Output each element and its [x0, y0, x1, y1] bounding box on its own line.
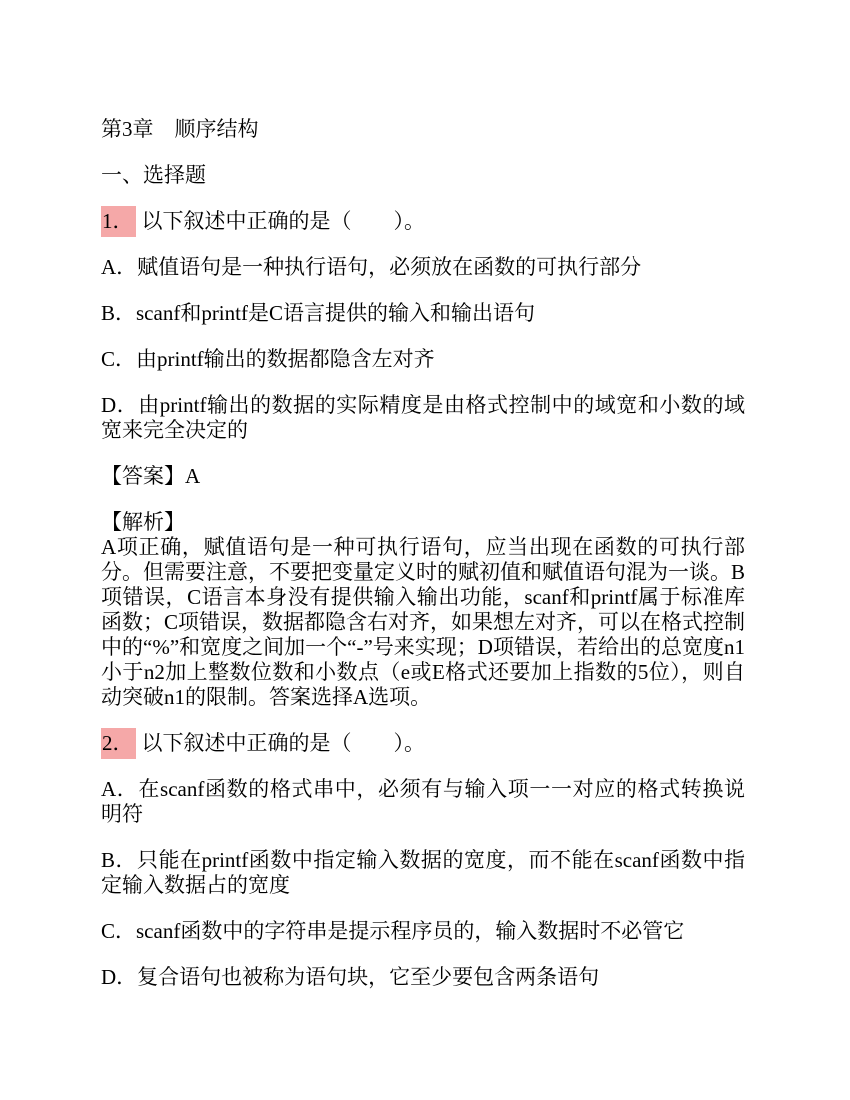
question-1-option-b: B．scanf和printf是C语言提供的输入和输出语句: [101, 301, 745, 326]
question-1-stem-text: 以下叙述中正确的是（ ）。: [142, 209, 426, 233]
question-2-stem: 2．以下叙述中正确的是（ ）。: [101, 731, 745, 756]
question-2-option-a: A．在scanf函数的格式串中，必须有与输入项一一对应的格式转换说明符: [101, 777, 745, 827]
question-2-stem-text: 以下叙述中正确的是（ ）。: [142, 731, 426, 755]
question-1-analysis-block: 【解析】 A项正确，赋值语句是一种可执行语句，应当出现在函数的可执行部分。但需要…: [101, 510, 745, 710]
section-title: 一、选择题: [101, 163, 745, 188]
analysis-text: A项正确，赋值语句是一种可执行语句，应当出现在函数的可执行部分。但需要注意，不要…: [101, 535, 745, 710]
analysis-label: 【解析】: [101, 510, 745, 535]
chapter-title: 第3章 顺序结构: [101, 117, 745, 142]
question-1-answer-line: 【答案】A: [101, 464, 745, 489]
question-2-option-b: B．只能在printf函数中指定输入数据的宽度，而不能在scanf函数中指定输入…: [101, 848, 745, 898]
question-2-option-c: C．scanf函数中的字符串是提示程序员的，输入数据时不必管它: [101, 919, 745, 944]
question-1-option-d: D．由printf输出的数据的实际精度是由格式控制中的域宽和小数的域宽来完全决定…: [101, 393, 745, 443]
question-1-number-highlight: 1．: [101, 206, 136, 237]
answer-value: A: [185, 464, 200, 488]
question-1-option-c: C．由printf输出的数据都隐含左对齐: [101, 347, 745, 372]
document-page: 第3章 顺序结构 一、选择题 1．以下叙述中正确的是（ ）。 A．赋值语句是一种…: [0, 0, 850, 1100]
answer-label: 【答案】: [101, 464, 185, 488]
question-1-option-a: A．赋值语句是一种执行语句，必须放在函数的可执行部分: [101, 255, 745, 280]
question-1-stem: 1．以下叙述中正确的是（ ）。: [101, 209, 745, 234]
question-2-number-highlight: 2．: [101, 728, 136, 759]
question-2-option-d: D．复合语句也被称为语句块，它至少要包含两条语句: [101, 965, 745, 990]
